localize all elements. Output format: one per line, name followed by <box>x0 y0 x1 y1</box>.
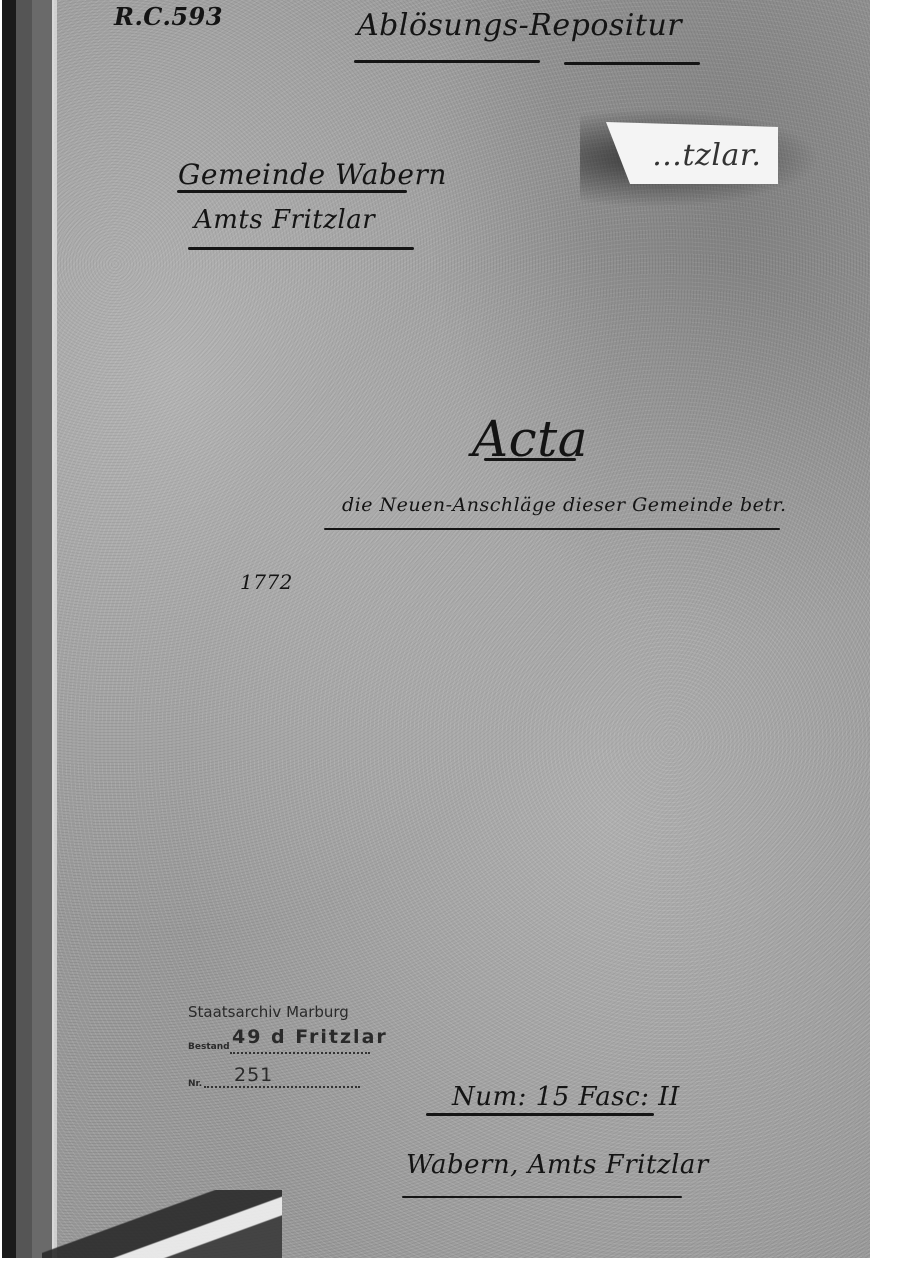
nr-dotted-line <box>204 1086 360 1088</box>
bestand-dotted-line <box>230 1052 370 1054</box>
torn-corner <box>42 1190 282 1258</box>
repository-heading: Ablösungs-Repositur <box>357 8 682 43</box>
heading-underline-2 <box>564 62 700 65</box>
municipality-underline <box>177 190 407 193</box>
municipality-line: Gemeinde Wabern <box>178 158 447 191</box>
archive-stamp-nr-label: Nr. <box>188 1079 202 1089</box>
district-line: Amts Fritzlar <box>194 205 375 235</box>
district-underline <box>188 247 414 250</box>
heading-underline-1 <box>354 60 540 63</box>
file-number: Num: 15 Fasc: II <box>452 1082 680 1112</box>
footer-line: Wabern, Amts Fritzlar <box>406 1150 709 1180</box>
document-year: 1772 <box>240 570 293 594</box>
archive-stamp-bestand-label: Bestand <box>188 1042 230 1052</box>
document-subject: die Neuen-Anschläge dieser Gemeinde betr… <box>342 494 787 516</box>
footer-underline <box>402 1196 682 1198</box>
spine-edge <box>54 0 57 1258</box>
subject-underline <box>324 528 780 530</box>
file-cover: R.C.593 Ablösungs-Repositur …tzlar. Geme… <box>2 0 870 1258</box>
archive-stamp-bestand-value: 49 d Fritzlar <box>232 1026 388 1048</box>
binding-spine <box>2 0 54 1258</box>
archive-stamp-nr-value: 251 <box>234 1064 273 1086</box>
label-tag-text: …tzlar. <box>652 138 761 173</box>
title-underline <box>484 458 576 461</box>
reference-code: R.C.593 <box>114 2 223 31</box>
file-number-underline <box>426 1113 654 1116</box>
archive-stamp-institution: Staatsarchiv Marburg <box>188 1003 349 1021</box>
